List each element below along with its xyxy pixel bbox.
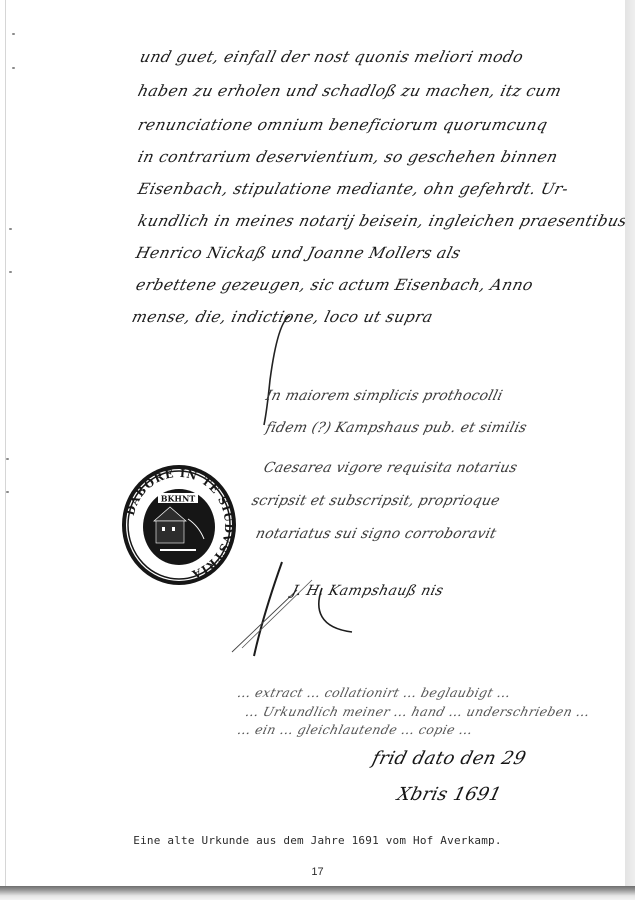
manuscript-line: renunciatione omnium beneficiorum quorum… [136, 116, 550, 134]
manuscript: und guet, einfall der nost quonis melior… [0, 0, 625, 820]
closing-line: ... extract ... collationirt ... beglaub… [236, 685, 512, 700]
page-bottom-shadow [0, 886, 635, 900]
manuscript-line: Eisenbach, stipulatione mediante, ohn ge… [136, 180, 570, 198]
signature-strokes [222, 560, 432, 660]
manuscript-line: in contrarium deservientium, so geschehe… [136, 148, 560, 166]
attestation-line: scripsit et subscripsit, proprioque [250, 493, 502, 509]
svg-text:BKHNT: BKHNT [161, 494, 196, 504]
attestation-line: notariatus sui signo corroboravit [254, 526, 498, 542]
closing-line: ... ein ... gleichlautende ... copie ... [236, 722, 474, 737]
notary-seal-icon: DABORE IN TE SIUDVSTRIA BKHNT [120, 463, 238, 587]
page-sheet: und guet, einfall der nost quonis melior… [0, 0, 625, 888]
attestation-line: Caesarea vigore requisita notarius [262, 460, 519, 476]
closing-date-line: frid dato den 29 [370, 748, 528, 769]
closing-line: ... Urkundlich meiner ... hand ... under… [244, 704, 592, 719]
manuscript-line: erbettene gezeugen, sic actum Eisenbach,… [134, 276, 535, 294]
manuscript-line: und guet, einfall der nost quonis melior… [138, 48, 525, 66]
page-number: 17 [0, 866, 635, 878]
manuscript-line: kundlich in meines notarij beisein, ingl… [136, 212, 629, 230]
figure-caption: Eine alte Urkunde aus dem Jahre 1691 vom… [0, 834, 635, 847]
attestation-line: fidem (?) Kampshaus pub. et similis [264, 420, 529, 436]
closing-year-line: Xbris 1691 [395, 784, 504, 805]
attestation-line: In maiorem simplicis prothocolli [264, 388, 504, 404]
notary-signature: J. H. Kampshauß nis [290, 583, 445, 599]
manuscript-line: Henrico Nickaß und Joanne Mollers als [134, 244, 463, 262]
pen-flourish [250, 310, 310, 430]
manuscript-line: haben zu erholen und schadloß zu machen,… [136, 82, 563, 100]
page-edge-shadow [625, 0, 635, 900]
